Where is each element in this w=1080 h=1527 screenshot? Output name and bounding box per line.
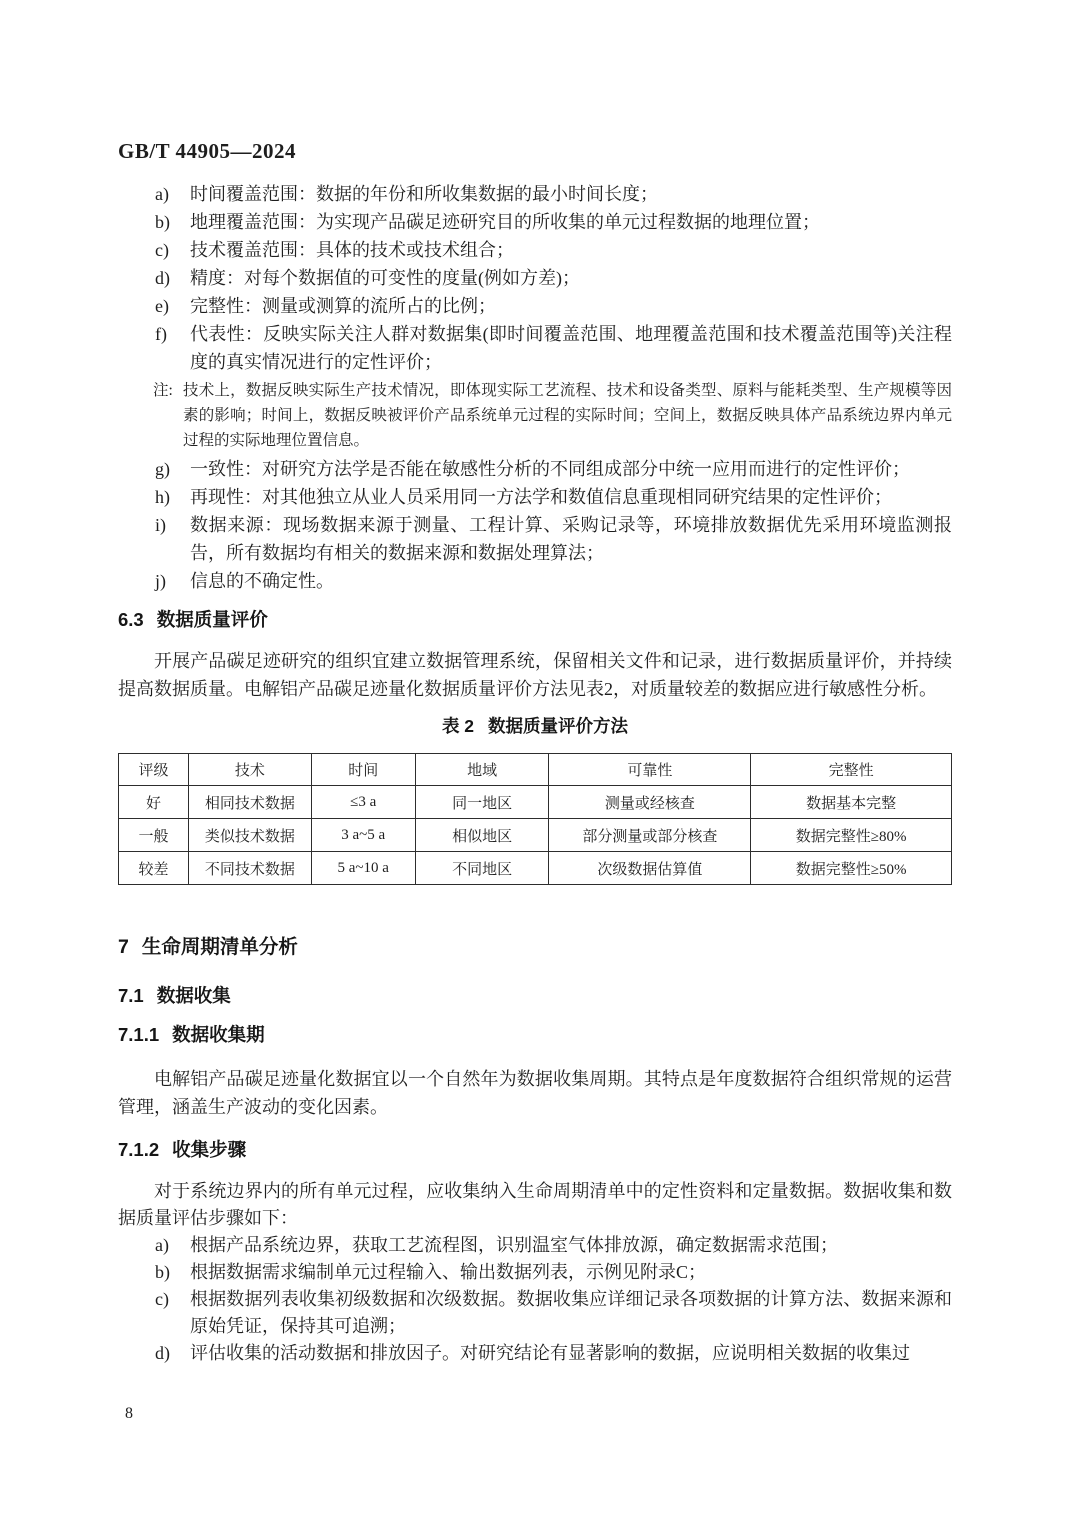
- table-header-cell: 可靠性: [549, 754, 751, 786]
- data-quality-criteria-list-continued: g) 一致性：对研究方法学是否能在敏感性分析的不同组成部分中统一应用而进行的定性…: [118, 455, 952, 595]
- table-cell: 相似地区: [415, 819, 549, 852]
- list-item-marker: f): [155, 320, 190, 376]
- list-item: a) 根据产品系统边界，获取工艺流程图，识别温室气体排放源，确定数据需求范围；: [118, 1232, 952, 1259]
- table-cell: 数据基本完整: [751, 786, 952, 819]
- list-item: g) 一致性：对研究方法学是否能在敏感性分析的不同组成部分中统一应用而进行的定性…: [118, 455, 952, 483]
- collection-steps-list: a) 根据产品系统边界，获取工艺流程图，识别温室气体排放源，确定数据需求范围； …: [118, 1232, 952, 1367]
- list-item-text: 一致性：对研究方法学是否能在敏感性分析的不同组成部分中统一应用而进行的定性评价；: [190, 455, 952, 483]
- note-block: 注: 技术上，数据反映实际生产技术情况，即体现实际工艺流程、技术和设备类型、原料…: [118, 378, 952, 453]
- note-text: 技术上，数据反映实际生产技术情况，即体现实际工艺流程、技术和设备类型、原料与能耗…: [183, 378, 952, 453]
- table-cell: 部分测量或部分核查: [549, 819, 751, 852]
- list-item-marker: b): [155, 1259, 190, 1286]
- table-caption-label: 表 2: [442, 716, 474, 736]
- list-item-text: 精度：对每个数据值的可变性的度量(例如方差)；: [190, 264, 952, 292]
- page-content: GB/T 44905—2024 a) 时间覆盖范围：数据的年份和所收集数据的最小…: [118, 138, 952, 1367]
- table-caption-title: 数据质量评价方法: [488, 716, 628, 736]
- data-quality-criteria-list: a) 时间覆盖范围：数据的年份和所收集数据的最小时间长度； b) 地理覆盖范围：…: [118, 180, 952, 376]
- table-row: 好 相同技术数据 ≤3 a 同一地区 测量或经核查 数据基本完整: [119, 786, 952, 819]
- list-item-text: 完整性：测量或测算的流所占的比例；: [190, 292, 952, 320]
- section-heading-7-1-1: 7.1.1数据收集期: [118, 1022, 952, 1048]
- table-header-cell: 技术: [188, 754, 311, 786]
- table-cell: 不同地区: [415, 852, 549, 885]
- list-item: h) 再现性：对其他独立从业人员采用同一方法学和数值信息重现相同研究结果的定性评…: [118, 483, 952, 511]
- list-item: e) 完整性：测量或测算的流所占的比例；: [118, 292, 952, 320]
- standard-number-header: GB/T 44905—2024: [118, 138, 952, 164]
- list-item-marker: a): [155, 180, 190, 208]
- table-cell: 数据完整性≥80%: [751, 819, 952, 852]
- table-header-cell: 时间: [311, 754, 415, 786]
- table-cell: 同一地区: [415, 786, 549, 819]
- list-item-marker: e): [155, 292, 190, 320]
- table-2-caption: 表 2数据质量评价方法: [118, 713, 952, 739]
- table-cell: 不同技术数据: [188, 852, 311, 885]
- list-item-text: 根据产品系统边界，获取工艺流程图，识别温室气体排放源，确定数据需求范围；: [190, 1232, 952, 1259]
- note-label: 注:: [153, 378, 183, 453]
- list-item: b) 根据数据需求编制单元过程输入、输出数据列表，示例见附录C；: [118, 1259, 952, 1286]
- section-title: 收集步骤: [172, 1139, 246, 1160]
- table-cell: 好: [119, 786, 189, 819]
- section-number: 7.1.1: [118, 1024, 159, 1045]
- list-item-marker: b): [155, 208, 190, 236]
- list-item-text: 代表性：反映实际关注人群对数据集(即时间覆盖范围、地理覆盖范围和技术覆盖范围等)…: [190, 320, 952, 376]
- list-item-marker: c): [155, 236, 190, 264]
- list-item-text: 数据来源：现场数据来源于测量、工程计算、采购记录等，环境排放数据优先采用环境监测…: [190, 511, 952, 567]
- table-header-cell: 完整性: [751, 754, 952, 786]
- list-item: c) 技术覆盖范围：具体的技术或技术组合；: [118, 236, 952, 264]
- table-cell: 数据完整性≥50%: [751, 852, 952, 885]
- section-number: 7.1.2: [118, 1139, 159, 1160]
- list-item-text: 再现性：对其他独立从业人员采用同一方法学和数值信息重现相同研究结果的定性评价；: [190, 483, 952, 511]
- table-row: 一般 类似技术数据 3 a~5 a 相似地区 部分测量或部分核查 数据完整性≥8…: [119, 819, 952, 852]
- list-item-text: 评估收集的活动数据和排放因子。对研究结论有显著影响的数据，应说明相关数据的收集过: [190, 1340, 952, 1367]
- table-cell: 较差: [119, 852, 189, 885]
- list-item-text: 根据数据需求编制单元过程输入、输出数据列表，示例见附录C；: [190, 1259, 952, 1286]
- list-item-marker: i): [155, 511, 190, 567]
- list-item-text: 信息的不确定性。: [190, 567, 952, 595]
- section-number: 6.3: [118, 609, 144, 630]
- table-cell: ≤3 a: [311, 786, 415, 819]
- table-cell: 测量或经核查: [549, 786, 751, 819]
- list-item: c) 根据数据列表收集初级数据和次级数据。数据收集应详细记录各项数据的计算方法、…: [118, 1286, 952, 1340]
- list-item-text: 地理覆盖范围：为实现产品碳足迹研究目的所收集的单元过程数据的地理位置；: [190, 208, 952, 236]
- list-item-marker: d): [155, 264, 190, 292]
- section-number: 7.1: [118, 985, 144, 1006]
- list-item-marker: h): [155, 483, 190, 511]
- section-heading-7: 7生命周期清单分析: [118, 933, 952, 961]
- list-item: d) 评估收集的活动数据和排放因子。对研究结论有显著影响的数据，应说明相关数据的…: [118, 1340, 952, 1367]
- section-heading-6-3: 6.3数据质量评价: [118, 607, 952, 633]
- section-title: 生命周期清单分析: [142, 936, 298, 958]
- section-heading-7-1: 7.1数据收集: [118, 983, 952, 1009]
- section-7-1-1-paragraph: 电解铝产品碳足迹量化数据宜以一个自然年为数据收集周期。其特点是年度数据符合组织常…: [118, 1065, 952, 1121]
- list-item: j) 信息的不确定性。: [118, 567, 952, 595]
- list-item: f) 代表性：反映实际关注人群对数据集(即时间覆盖范围、地理覆盖范围和技术覆盖范…: [118, 320, 952, 376]
- table-header-cell: 评级: [119, 754, 189, 786]
- table-cell: 次级数据估算值: [549, 852, 751, 885]
- list-item-marker: g): [155, 455, 190, 483]
- table-row: 较差 不同技术数据 5 a~10 a 不同地区 次级数据估算值 数据完整性≥50…: [119, 852, 952, 885]
- list-item-marker: c): [155, 1286, 190, 1340]
- section-7-1-2-intro: 对于系统边界内的所有单元过程，应收集纳入生命周期清单中的定性资料和定量数据。数据…: [118, 1178, 952, 1232]
- list-item: a) 时间覆盖范围：数据的年份和所收集数据的最小时间长度；: [118, 180, 952, 208]
- table-cell: 5 a~10 a: [311, 852, 415, 885]
- table-header-row: 评级 技术 时间 地域 可靠性 完整性: [119, 754, 952, 786]
- page-number: 8: [125, 1404, 133, 1424]
- table-cell: 相同技术数据: [188, 786, 311, 819]
- list-item-marker: a): [155, 1232, 190, 1259]
- section-number: 7: [118, 936, 129, 958]
- list-item: b) 地理覆盖范围：为实现产品碳足迹研究目的所收集的单元过程数据的地理位置；: [118, 208, 952, 236]
- table-cell: 一般: [119, 819, 189, 852]
- section-heading-7-1-2: 7.1.2收集步骤: [118, 1137, 952, 1163]
- section-title: 数据收集期: [172, 1024, 265, 1045]
- list-item-marker: j): [155, 567, 190, 595]
- table-cell: 类似技术数据: [188, 819, 311, 852]
- list-item-marker: d): [155, 1340, 190, 1367]
- document-page: GB/T 44905—2024 a) 时间覆盖范围：数据的年份和所收集数据的最小…: [0, 0, 1080, 1527]
- list-item-text: 根据数据列表收集初级数据和次级数据。数据收集应详细记录各项数据的计算方法、数据来…: [190, 1286, 952, 1340]
- table-cell: 3 a~5 a: [311, 819, 415, 852]
- list-item: i) 数据来源：现场数据来源于测量、工程计算、采购记录等，环境排放数据优先采用环…: [118, 511, 952, 567]
- list-item-text: 时间覆盖范围：数据的年份和所收集数据的最小时间长度；: [190, 180, 952, 208]
- section-title: 数据收集: [157, 985, 231, 1006]
- data-quality-evaluation-table: 评级 技术 时间 地域 可靠性 完整性 好 相同技术数据 ≤3 a 同一地区 测…: [118, 753, 952, 885]
- list-item-text: 技术覆盖范围：具体的技术或技术组合；: [190, 236, 952, 264]
- list-item: d) 精度：对每个数据值的可变性的度量(例如方差)；: [118, 264, 952, 292]
- section-title: 数据质量评价: [157, 609, 268, 630]
- table-header-cell: 地域: [415, 754, 549, 786]
- section-6-3-paragraph: 开展产品碳足迹研究的组织宜建立数据管理系统，保留相关文件和记录，进行数据质量评价…: [118, 647, 952, 703]
